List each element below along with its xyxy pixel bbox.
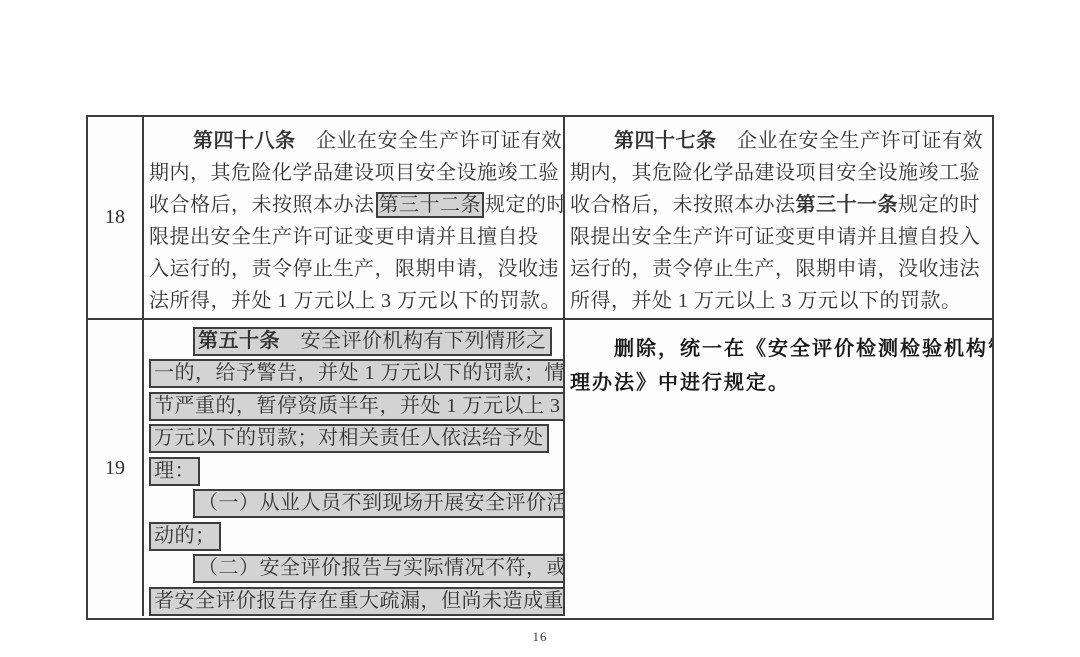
deleted-text-box: 节严重的，暂停资质半年，并处 1 万元以上 3 — [149, 392, 565, 421]
deleted-text-box: 者安全评价报告存在重大疏漏，但尚未造成重 — [149, 587, 565, 616]
text-content: 理办法》中进行规定。 — [570, 366, 790, 395]
text-line: 理： — [149, 455, 561, 488]
text-segment: 限提出安全生产许可证变更申请并且擅自投 — [149, 226, 539, 248]
text-line: 限提出安全生产许可证变更申请并且擅自投 — [149, 218, 561, 250]
text-segment: 收合格后，未按照本办法 — [149, 194, 375, 216]
text-line: 限提出安全生产许可证变更申请并且擅自投入 — [570, 218, 990, 250]
text-segment: 第三十一条 — [796, 194, 899, 216]
text-line: 所得，并处 1 万元以上 3 万元以下的罚款。 — [570, 282, 990, 314]
text-line: （一）从业人员不到现场开展安全评价活 — [149, 488, 561, 521]
text-segment: 法所得，并处 1 万元以上 3 万元以下的罚款。 — [149, 290, 561, 312]
text-content: 删除，统一在《安全评价检测检验机构管 — [614, 332, 992, 361]
revised-text-cell: 第四十八条 企业在安全生产许可证有效期内，其危险化学品建设项目安全设施竣工验收合… — [144, 117, 565, 318]
text-line: 收合格后，未按照本办法第三十二条规定的时 — [149, 186, 561, 218]
text-segment: 万元以下的罚款；对相关责任人依法给予处 — [154, 427, 544, 449]
text-content: 法所得，并处 1 万元以上 3 万元以下的罚款。 — [149, 284, 561, 313]
text-segment: 规定的时 — [898, 194, 980, 216]
text-content: 收合格后，未按照本办法第三十二条规定的时 — [149, 188, 565, 217]
text-segment: 一的，给予警告，并处 1 万元以下的罚款；情 — [154, 362, 565, 384]
text-line: 第四十七条 企业在安全生产许可证有效 — [570, 122, 990, 154]
comparison-table: 18第四十八条 企业在安全生产许可证有效期内，其危险化学品建设项目安全设施竣工验… — [86, 115, 994, 620]
text-content: 限提出安全生产许可证变更申请并且擅自投 — [149, 220, 539, 249]
text-line: 删除，统一在《安全评价检测检验机构管 — [570, 329, 990, 363]
text-content: 期内，其危险化学品建设项目安全设施竣工验 — [149, 156, 559, 185]
text-content: 期内，其危险化学品建设项目安全设施竣工验 — [570, 156, 980, 185]
deleted-text-box: （一）从业人员不到现场开展安全评价活 — [193, 489, 565, 518]
text-line: 第四十八条 企业在安全生产许可证有效 — [149, 122, 561, 154]
text-line: 期内，其危险化学品建设项目安全设施竣工验 — [149, 154, 561, 186]
text-segment: （一）从业人员不到现场开展安全评价活 — [198, 492, 565, 514]
text-line: 法所得，并处 1 万元以上 3 万元以下的罚款。 — [149, 282, 561, 314]
text-line: 入运行的，责令停止生产，限期申请，没收违 — [149, 250, 561, 282]
text-segment: 所得，并处 1 万元以上 3 万元以下的罚款。 — [570, 290, 962, 312]
text-line: 第五十条 安全评价机构有下列情形之 — [149, 325, 561, 358]
original-text-cell: 删除，统一在《安全评价检测检验机构管理办法》中进行规定。 — [565, 320, 992, 616]
text-segment: 企业在安全生产许可证有效 — [717, 130, 984, 152]
table-row: 18第四十八条 企业在安全生产许可证有效期内，其危险化学品建设项目安全设施竣工验… — [88, 117, 992, 320]
text-content: 所得，并处 1 万元以上 3 万元以下的罚款。 — [570, 284, 962, 313]
deleted-text-box: 一的，给予警告，并处 1 万元以下的罚款；情 — [149, 359, 565, 388]
page: 18第四十八条 企业在安全生产许可证有效期内，其危险化学品建设项目安全设施竣工验… — [0, 0, 1080, 657]
text-segment: 理办法》中进行规定。 — [570, 372, 790, 394]
revised-text-cell: 第五十条 安全评价机构有下列情形之一的，给予警告，并处 1 万元以下的罚款；情节… — [144, 320, 565, 616]
text-line: 收合格后，未按照本办法第三十一条规定的时 — [570, 186, 990, 218]
text-segment: 动的； — [154, 525, 216, 547]
deleted-text-box: 第五十条 安全评价机构有下列情形之 — [193, 327, 552, 356]
text-segment: 节严重的，暂停资质半年，并处 1 万元以上 3 — [154, 395, 561, 417]
text-segment: 者安全评价报告存在重大疏漏，但尚未造成重 — [154, 590, 564, 612]
deleted-text-box: 万元以下的罚款；对相关责任人依法给予处 — [149, 424, 549, 453]
referenced-article-box: 第三十二条 — [376, 192, 485, 218]
text-content: 收合格后，未按照本办法第三十一条规定的时 — [570, 188, 980, 217]
text-segment: 运行的，责令停止生产，限期申请，没收违法 — [570, 258, 980, 280]
text-line: 万元以下的罚款；对相关责任人依法给予处 — [149, 423, 561, 456]
text-segment: 企业在安全生产许可证有效 — [296, 130, 563, 152]
text-segment: 期内，其危险化学品建设项目安全设施竣工验 — [149, 162, 559, 184]
text-line: 一的，给予警告，并处 1 万元以下的罚款；情 — [149, 358, 561, 391]
text-content: 第四十八条 企业在安全生产许可证有效 — [193, 124, 562, 153]
text-line: 节严重的，暂停资质半年，并处 1 万元以上 3 — [149, 390, 561, 423]
text-segment: 删除，统一在《安全评价检测检验机构管 — [614, 338, 992, 360]
text-segment: 期内，其危险化学品建设项目安全设施竣工验 — [570, 162, 980, 184]
text-line: 理办法》中进行规定。 — [570, 363, 990, 397]
text-line: 期内，其危险化学品建设项目安全设施竣工验 — [570, 154, 990, 186]
text-content: 运行的，责令停止生产，限期申请，没收违法 — [570, 252, 980, 281]
text-segment: 理： — [154, 460, 195, 482]
row-number: 18 — [88, 117, 144, 318]
text-segment: （二）安全评价报告与实际情况不符，或 — [198, 557, 565, 579]
deleted-text-box: （二）安全评价报告与实际情况不符，或 — [193, 554, 565, 583]
text-content: 第四十七条 企业在安全生产许可证有效 — [614, 124, 983, 153]
original-text-cell: 第四十七条 企业在安全生产许可证有效期内，其危险化学品建设项目安全设施竣工验收合… — [565, 117, 992, 318]
deleted-text-box: 理： — [149, 457, 200, 486]
deleted-text-box: 动的； — [149, 522, 221, 551]
text-line: 者安全评价报告存在重大疏漏，但尚未造成重 — [149, 585, 561, 616]
text-segment: 规定的时 — [485, 194, 565, 216]
text-segment: 第四十八条 — [193, 130, 296, 152]
row-number: 19 — [88, 320, 144, 616]
text-content: 入运行的，责令停止生产，限期申请，没收违 — [149, 252, 559, 281]
text-segment: 限提出安全生产许可证变更申请并且擅自投入 — [570, 226, 980, 248]
text-segment: 收合格后，未按照本办法 — [570, 194, 796, 216]
text-content: 限提出安全生产许可证变更申请并且擅自投入 — [570, 220, 980, 249]
text-segment: 入运行的，责令停止生产，限期申请，没收违 — [149, 258, 559, 280]
text-segment: 第五十条 — [198, 330, 280, 352]
page-number: 16 — [0, 629, 1080, 645]
table-row: 19第五十条 安全评价机构有下列情形之一的，给予警告，并处 1 万元以下的罚款；… — [88, 320, 992, 616]
text-line: 动的； — [149, 520, 561, 553]
text-line: 运行的，责令停止生产，限期申请，没收违法 — [570, 250, 990, 282]
text-line: （二）安全评价报告与实际情况不符，或 — [149, 553, 561, 586]
text-segment: 第四十七条 — [614, 130, 717, 152]
text-segment: 安全评价机构有下列情形之 — [280, 330, 547, 352]
